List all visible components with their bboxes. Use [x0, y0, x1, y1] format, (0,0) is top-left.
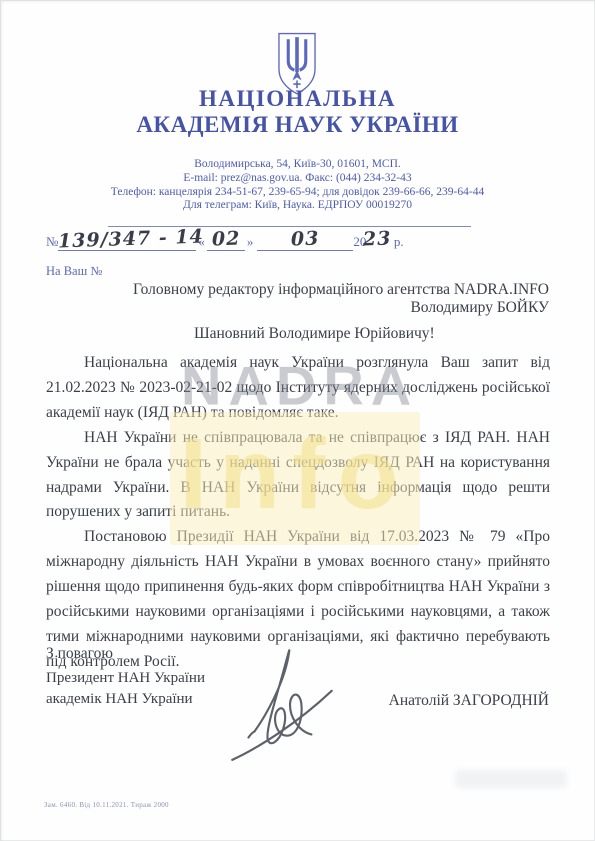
addressee-block: Головному редактору інформаційного агент…: [119, 281, 549, 316]
contact-telegrams: Для телеграм: Київ, Наука. ЕДРПОУ 000192…: [0, 199, 595, 213]
on-your-ref-label: На Ваш №: [46, 264, 102, 279]
signer-titles: Президент НАН України академік НАН Украї…: [46, 668, 205, 709]
ref-year-handwritten: 23: [363, 230, 392, 249]
ref-no-slot: 139/347 - 14: [58, 231, 196, 251]
print-shop-note: Зам. 6460. Від 10.11.2021. Тираж 2000: [44, 801, 169, 809]
signer-title-line2: академік НАН України: [46, 689, 205, 710]
contact-email-fax: E-mail: prez@nas.gov.ua. Факс: (044) 234…: [0, 172, 595, 186]
ref-no-label: №: [46, 234, 58, 250]
ref-month-handwritten: 03: [291, 230, 320, 249]
salutation: Шановний Володимире Юрійовичу!: [194, 325, 435, 343]
org-name-line2: АКАДЕМІЯ НАУК УКРАЇНИ: [0, 112, 595, 138]
letter-body: Національна академія наук України розгля…: [46, 351, 550, 675]
reference-row: № 139/347 - 14 « 02 » 03 20 23 р.: [46, 231, 404, 251]
contact-phones: Телефон: канцелярія 234-51-67, 239-65-94…: [0, 186, 595, 200]
paragraph-1: Національна академія наук України розгля…: [46, 351, 550, 426]
ref-day-slot: 02: [207, 231, 245, 251]
org-name-line1: НАЦІОНАЛЬНА: [0, 86, 595, 112]
faint-stamp-smudge: [455, 770, 567, 788]
ref-day-handwritten: 02: [211, 230, 240, 249]
closing: З повагою: [46, 645, 113, 663]
ref-year-suffix: р.: [394, 234, 404, 250]
signer-title-line1: Президент НАН України: [46, 668, 205, 689]
paragraph-2: НАН України не співпрацювала та не співп…: [46, 426, 550, 526]
letter-page: НАЦІОНАЛЬНА АКАДЕМІЯ НАУК УКРАЇНИ Володи…: [0, 0, 595, 841]
addressee-line2: Володимиру БОЙКУ: [119, 299, 549, 317]
handwritten-signature: [218, 638, 350, 770]
contact-block: Володимирська, 54, Київ-30, 01601, МСП. …: [0, 158, 595, 213]
ref-month-slot: 03: [257, 231, 353, 251]
signer-name: Анатолій ЗАГОРОДНІЙ: [389, 692, 549, 710]
ref-no-handwritten: 139/347 - 14: [58, 227, 204, 250]
addressee-line1: Головному редактору інформаційного агент…: [119, 281, 549, 299]
ref-quote-close: »: [247, 234, 254, 250]
contact-address: Володимирська, 54, Київ-30, 01601, МСП.: [0, 158, 595, 172]
